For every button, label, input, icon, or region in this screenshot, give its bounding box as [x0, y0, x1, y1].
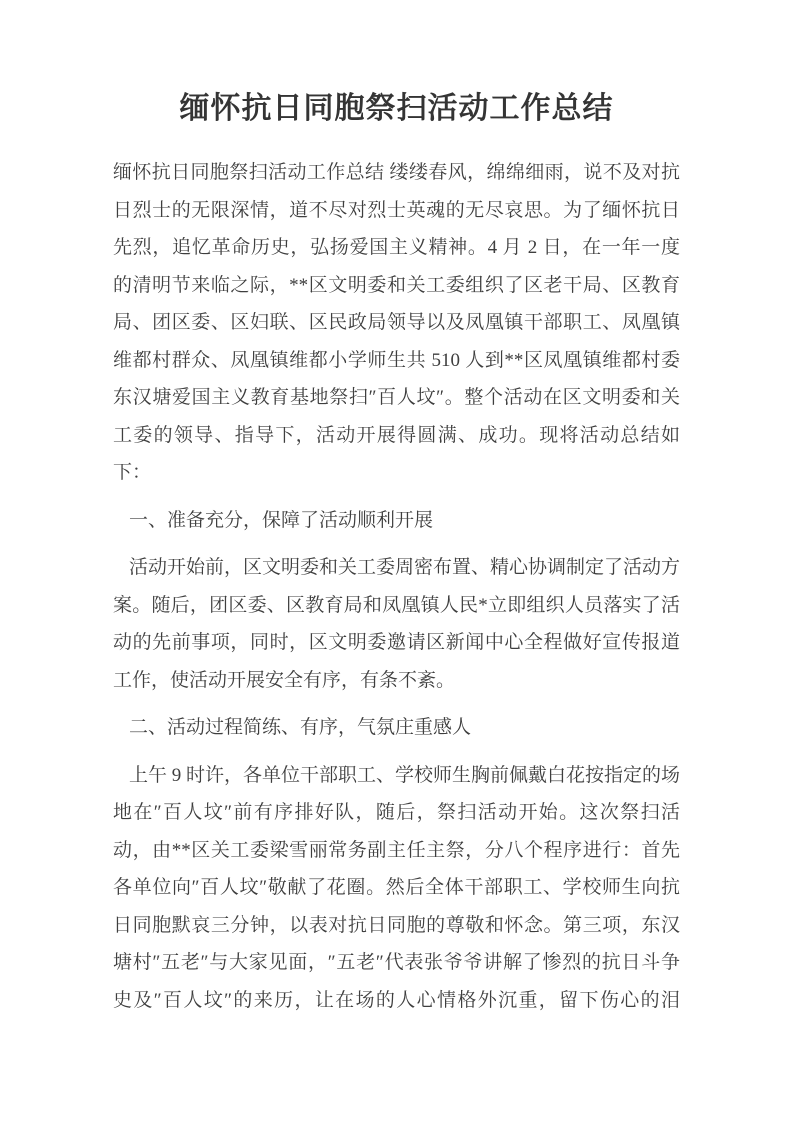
text-line: 日同胞默哀三分钟，以表对抗日同胞的尊敬和怀念。第三项，东汉 — [113, 907, 680, 945]
paragraph: 活动开始前，区文明委和关工委周密布置、精心协调制定了活动方案。随后，团区委、区教… — [113, 549, 680, 699]
text-line: 日烈士的无限深情，道不尽对烈士英魂的无尽哀思。为了缅怀抗日 — [113, 192, 680, 230]
text-line: 上午 9 时许，各单位干部职工、学校师生胸前佩戴白花按指定的场 — [113, 757, 680, 795]
paragraph: 缅怀抗日同胞祭扫活动工作总结 缕缕春风，绵绵细雨，说不及对抗日烈士的无限深情，道… — [113, 154, 680, 492]
text-line: 动的先前事项，同时，区文明委邀请区新闻中心全程做好宣传报道 — [113, 624, 680, 662]
section-heading: 二、活动过程简练、有序，气氛庄重感人 — [113, 709, 680, 747]
text-line: 的清明节来临之际，**区文明委和关工委组织了区老干局、区教育 — [113, 267, 680, 305]
text-line: 局、团区委、区妇联、区民政局领导以及凤凰镇干部职工、凤凰镇 — [113, 304, 680, 342]
document-body: 缅怀抗日同胞祭扫活动工作总结 缕缕春风，绵绵细雨，说不及对抗日烈士的无限深情，道… — [113, 154, 680, 1019]
text-line: 地在″百人坟″前有序排好队，随后，祭扫活动开始。这次祭扫活 — [113, 794, 680, 832]
text-line: 工作，使活动开展安全有序，有条不紊。 — [113, 662, 680, 700]
text-line: 工委的领导、指导下，活动开展得圆满、成功。现将活动总结如 — [113, 417, 680, 455]
text-line: 东汉塘爱国主义教育基地祭扫″百人坟″。整个活动在区文明委和关 — [113, 379, 680, 417]
document-page: 缅怀抗日同胞祭扫活动工作总结 缅怀抗日同胞祭扫活动工作总结 缕缕春风，绵绵细雨，… — [0, 0, 793, 1122]
text-line: 活动开始前，区文明委和关工委周密布置、精心协调制定了活动方 — [113, 549, 680, 587]
text-line: 动，由**区关工委梁雪丽常务副主任主祭，分八个程序进行：首先 — [113, 832, 680, 870]
text-line: 案。随后，团区委、区教育局和凤凰镇人民*立即组织人员落实了活 — [113, 587, 680, 625]
text-line: 维都村群众、凤凰镇维都小学师生共 510 人到**区凤凰镇维都村委 — [113, 342, 680, 380]
paragraph: 上午 9 时许，各单位干部职工、学校师生胸前佩戴白花按指定的场地在″百人坟″前有… — [113, 757, 680, 1020]
text-line: 二、活动过程简练、有序，气氛庄重感人 — [113, 709, 680, 747]
text-line: 先烈，追忆革命历史，弘扬爱国主义精神。4 月 2 日，在一年一度 — [113, 229, 680, 267]
text-line: 塘村″五老″与大家见面，″五老″代表张爷爷讲解了惨烈的抗日斗争 — [113, 944, 680, 982]
text-line: 史及″百人坟″的来历，让在场的人心情格外沉重，留下伤心的泪 — [113, 982, 680, 1020]
section-heading: 一、准备充分，保障了活动顺利开展 — [113, 502, 680, 540]
text-line: 各单位向″百人坟″敬献了花圈。然后全体干部职工、学校师生向抗 — [113, 869, 680, 907]
text-line: 一、准备充分，保障了活动顺利开展 — [113, 502, 680, 540]
text-line: 缅怀抗日同胞祭扫活动工作总结 缕缕春风，绵绵细雨，说不及对抗 — [113, 154, 680, 192]
text-line: 下： — [113, 454, 680, 492]
document-title: 缅怀抗日同胞祭扫活动工作总结 — [0, 90, 793, 128]
